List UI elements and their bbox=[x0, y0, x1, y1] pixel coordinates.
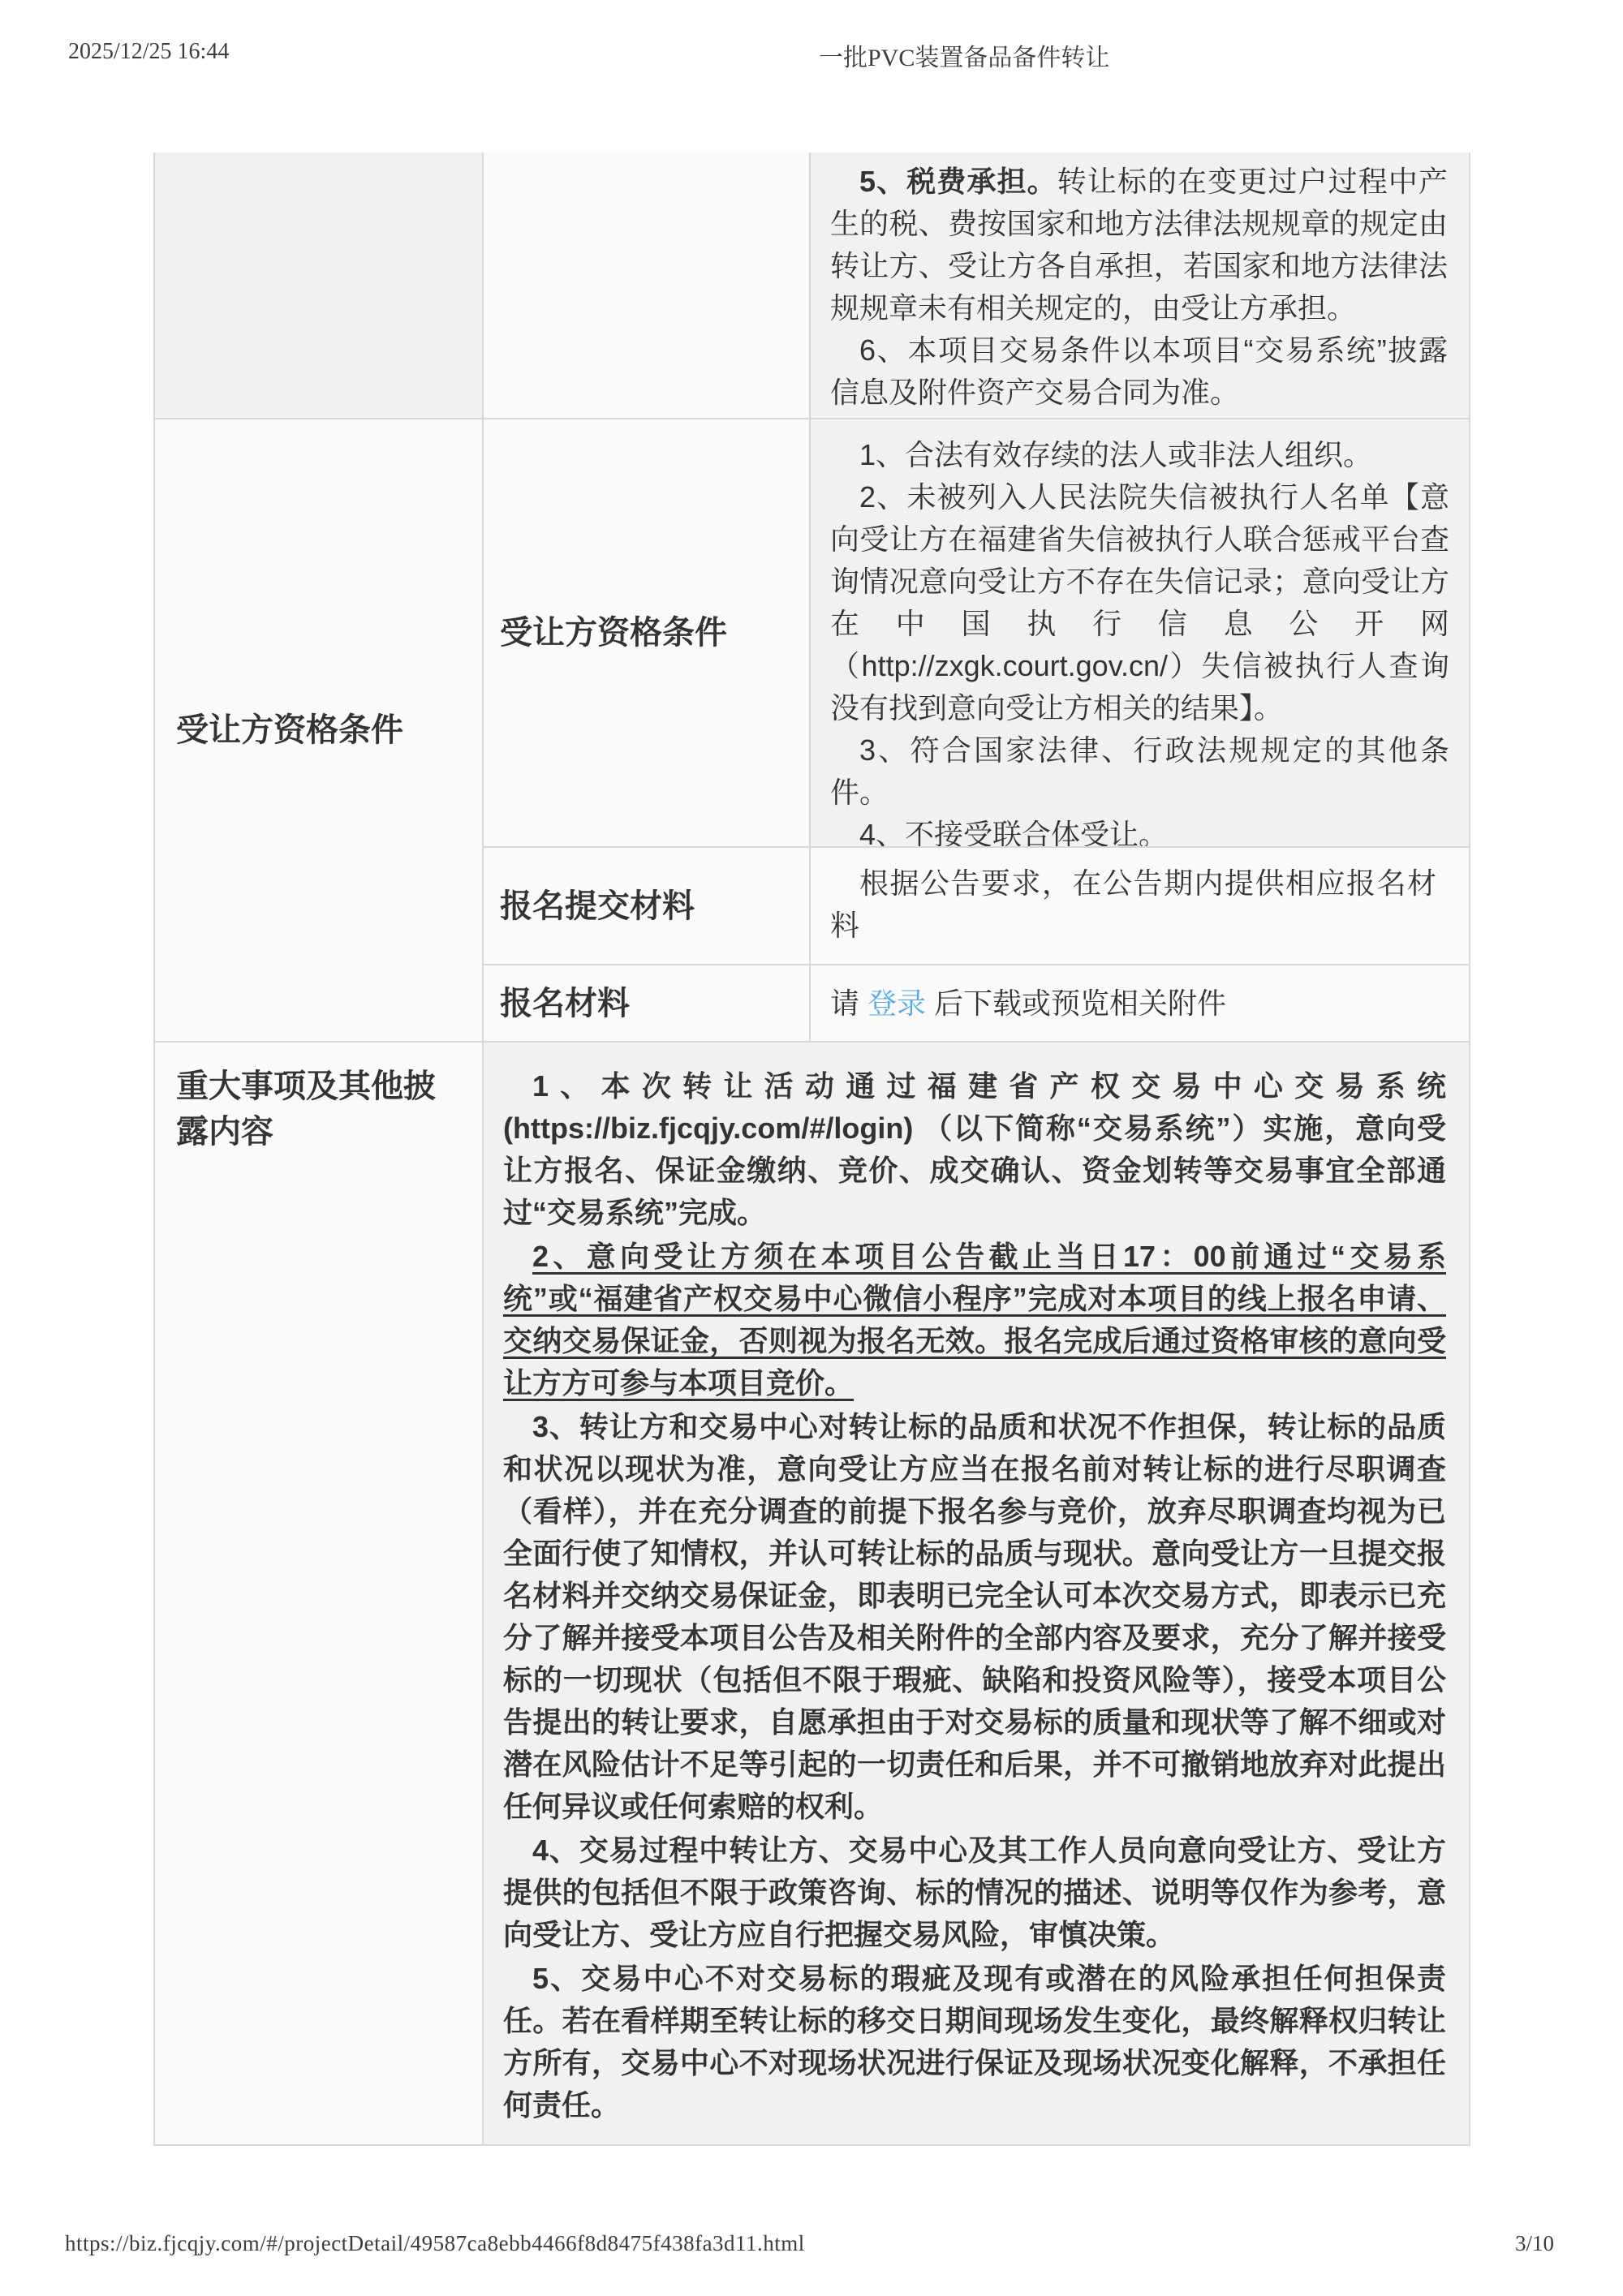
table-cell-empty-middle bbox=[484, 153, 809, 418]
trade-conditions-continued-cell: 5、税费承担。转让标的在变更过户过程中产生的税、费按国家和地方法律法规规章的规定… bbox=[811, 153, 1469, 418]
print-timestamp: 2025/12/25 16:44 bbox=[68, 39, 229, 65]
major-disclosure-paragraph-3: 3、转让方和交易中心对转让标的品质和状况不作担保，转让标的品质和状况以现状为准，… bbox=[503, 1406, 1446, 1828]
row-label-transferee-qualification: 受让方资格条件 bbox=[155, 419, 482, 1041]
print-footer-url: https://biz.fjcqjy.com/#/projectDetail/4… bbox=[65, 2231, 805, 2256]
login-link[interactable]: 登录 bbox=[867, 982, 926, 1025]
qualification-item: 2、未被列入人民法院失信被执行人名单【意向受让方在福建省失信被执行人联合惩戒平台… bbox=[830, 476, 1449, 729]
cell-label-signup-submit-materials: 报名提交材料 bbox=[484, 848, 809, 964]
qualification-item: 3、符合国家法律、行政法规规定的其他条件。 bbox=[830, 729, 1449, 814]
major-disclosure-paragraph-4: 4、交易过程中转让方、交易中心及其工作人员向意向受让方、受让方提供的包括但不限于… bbox=[503, 1829, 1446, 1956]
tax-burden-paragraph: 5、税费承担。转让标的在变更过户过程中产生的税、费按国家和地方法律法规规章的规定… bbox=[830, 161, 1448, 329]
signup-submit-materials-cell: 根据公告要求，在公告期内提供相应报名材料 bbox=[811, 848, 1469, 964]
cell-label-transferee-qualification: 受让方资格条件 bbox=[484, 419, 809, 846]
major-disclosure-paragraph-2: 2、意向受让方须在本项目公告截止当日17：00前通过“交易系统”或“福建省产权交… bbox=[503, 1236, 1446, 1404]
signup-submit-materials-text: 根据公告要求，在公告期内提供相应报名材料 bbox=[830, 862, 1436, 947]
row-label-major-disclosure: 重大事项及其他披露内容 bbox=[155, 1043, 482, 2144]
print-page-number: 3/10 bbox=[1515, 2231, 1554, 2256]
major-disclosure-content-cell: 1、本次转让活动通过福建省产权交易中心交易系统 (https://biz.fjc… bbox=[484, 1043, 1469, 2144]
trade-condition-paragraph: 6、本项目交易条件以本项目“交易系统”披露信息及附件资产交易合同为准。 bbox=[830, 329, 1448, 414]
login-hint-before: 请 bbox=[830, 982, 859, 1025]
signup-materials-cell: 请 登录 后下载或预览相关附件 bbox=[811, 965, 1469, 1041]
printed-document-page: 2025/12/25 16:44 一批PVC装置备品备件转让 5、税费承担。转让… bbox=[0, 0, 1623, 2296]
qualification-list-cell: 1、合法有效存续的法人或非法人组织。 2、未被列入人民法院失信被执行人名单【意向… bbox=[811, 419, 1469, 846]
major-disclosure-paragraph-5: 5、交易中心不对交易标的瑕疵及现有或潜在的风险承担任何担保责任。若在看样期至转让… bbox=[503, 1958, 1446, 2126]
qualification-item: 4、不接受联合体受让。 bbox=[830, 814, 1449, 846]
qualification-item: 1、合法有效存续的法人或非法人组织。 bbox=[830, 434, 1449, 476]
major-disclosure-paragraph-1: 1、本次转让活动通过福建省产权交易中心交易系统 (https://biz.fjc… bbox=[503, 1065, 1446, 1234]
login-hint-after: 后下载或预览相关附件 bbox=[934, 982, 1226, 1025]
page-title: 一批PVC装置备品备件转让 bbox=[819, 37, 1109, 73]
disclosure-table: 5、税费承担。转让标的在变更过户过程中产生的税、费按国家和地方法律法规规章的规定… bbox=[153, 153, 1470, 2146]
cell-label-signup-materials: 报名材料 bbox=[484, 965, 809, 1041]
table-cell-empty-left bbox=[155, 153, 482, 418]
